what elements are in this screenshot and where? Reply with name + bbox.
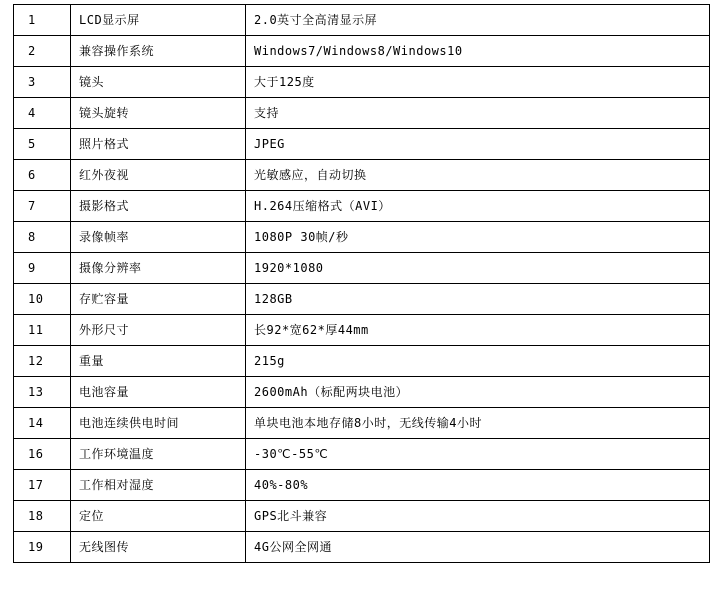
row-number-cell: 13: [14, 377, 71, 408]
row-number-cell: 12: [14, 346, 71, 377]
spec-name-cell: 兼容操作系统: [71, 36, 246, 67]
row-number-cell: 1: [14, 5, 71, 36]
spec-value-cell: 40%-80%: [246, 470, 710, 501]
row-number-cell: 5: [14, 129, 71, 160]
table-row: 6 红外夜视 光敏感应，自动切换: [14, 160, 710, 191]
row-number-cell: 2: [14, 36, 71, 67]
row-number-cell: 4: [14, 98, 71, 129]
spec-value-cell: 单块电池本地存储8小时，无线传输4小时: [246, 408, 710, 439]
row-number-cell: 6: [14, 160, 71, 191]
spec-name-cell: LCD显示屏: [71, 5, 246, 36]
spec-name-cell: 工作环境温度: [71, 439, 246, 470]
table-row: 13 电池容量 2600mAh（标配两块电池）: [14, 377, 710, 408]
spec-value-cell: 1080P 30帧/秒: [246, 222, 710, 253]
spec-name-cell: 电池容量: [71, 377, 246, 408]
spec-value-cell: 大于125度: [246, 67, 710, 98]
spec-name-cell: 外形尺寸: [71, 315, 246, 346]
spec-name-cell: 存贮容量: [71, 284, 246, 315]
table-row: 3 镜头 大于125度: [14, 67, 710, 98]
row-number-cell: 11: [14, 315, 71, 346]
table-row: 10 存贮容量 128GB: [14, 284, 710, 315]
spec-name-cell: 重量: [71, 346, 246, 377]
spec-value-cell: GPS北斗兼容: [246, 501, 710, 532]
table-row: 2 兼容操作系统 Windows7/Windows8/Windows10: [14, 36, 710, 67]
table-row: 1 LCD显示屏 2.0英寸全高清显示屏: [14, 5, 710, 36]
table-row: 5 照片格式 JPEG: [14, 129, 710, 160]
table-row: 7 摄影格式 H.264压缩格式（AVI）: [14, 191, 710, 222]
spec-name-cell: 摄影格式: [71, 191, 246, 222]
spec-name-cell: 工作相对湿度: [71, 470, 246, 501]
spec-name-cell: 镜头旋转: [71, 98, 246, 129]
spec-name-cell: 电池连续供电时间: [71, 408, 246, 439]
spec-name-cell: 无线图传: [71, 532, 246, 563]
spec-value-cell: 2.0英寸全高清显示屏: [246, 5, 710, 36]
spec-value-cell: 1920*1080: [246, 253, 710, 284]
spec-name-cell: 摄像分辨率: [71, 253, 246, 284]
row-number-cell: 16: [14, 439, 71, 470]
spec-value-cell: 215g: [246, 346, 710, 377]
spec-value-cell: 光敏感应，自动切换: [246, 160, 710, 191]
row-number-cell: 14: [14, 408, 71, 439]
row-number-cell: 17: [14, 470, 71, 501]
table-row: 16 工作环境温度 -30℃-55℃: [14, 439, 710, 470]
table-row: 9 摄像分辨率 1920*1080: [14, 253, 710, 284]
spec-value-cell: 4G公网全网通: [246, 532, 710, 563]
table-row: 12 重量 215g: [14, 346, 710, 377]
spec-value-cell: 2600mAh（标配两块电池）: [246, 377, 710, 408]
table-row: 18 定位 GPS北斗兼容: [14, 501, 710, 532]
spec-value-cell: H.264压缩格式（AVI）: [246, 191, 710, 222]
table-row: 17 工作相对湿度 40%-80%: [14, 470, 710, 501]
row-number-cell: 3: [14, 67, 71, 98]
spec-table: 1 LCD显示屏 2.0英寸全高清显示屏 2 兼容操作系统 Windows7/W…: [13, 4, 710, 563]
row-number-cell: 7: [14, 191, 71, 222]
table-row: 4 镜头旋转 支持: [14, 98, 710, 129]
spec-name-cell: 定位: [71, 501, 246, 532]
spec-value-cell: Windows7/Windows8/Windows10: [246, 36, 710, 67]
spec-name-cell: 红外夜视: [71, 160, 246, 191]
table-row: 14 电池连续供电时间 单块电池本地存储8小时，无线传输4小时: [14, 408, 710, 439]
row-number-cell: 9: [14, 253, 71, 284]
spec-value-cell: 128GB: [246, 284, 710, 315]
spec-name-cell: 照片格式: [71, 129, 246, 160]
spec-name-cell: 镜头: [71, 67, 246, 98]
spec-name-cell: 录像帧率: [71, 222, 246, 253]
spec-value-cell: 长92*宽62*厚44mm: [246, 315, 710, 346]
spec-value-cell: -30℃-55℃: [246, 439, 710, 470]
row-number-cell: 8: [14, 222, 71, 253]
row-number-cell: 10: [14, 284, 71, 315]
spec-value-cell: JPEG: [246, 129, 710, 160]
row-number-cell: 18: [14, 501, 71, 532]
spec-value-cell: 支持: [246, 98, 710, 129]
table-row: 11 外形尺寸 长92*宽62*厚44mm: [14, 315, 710, 346]
table-row: 8 录像帧率 1080P 30帧/秒: [14, 222, 710, 253]
table-row: 19 无线图传 4G公网全网通: [14, 532, 710, 563]
row-number-cell: 19: [14, 532, 71, 563]
